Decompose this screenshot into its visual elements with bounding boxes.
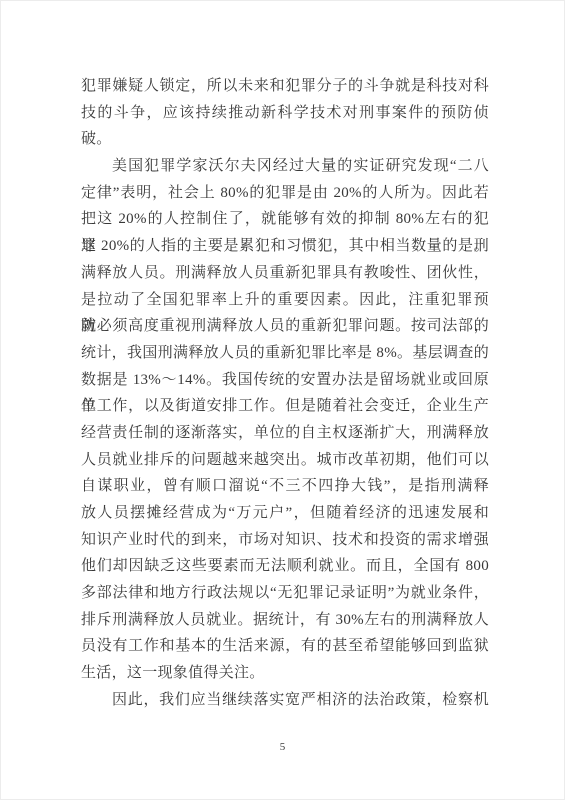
document-body: 犯罪嫌疑人锁定，所以未来和犯罪分子的斗争就是科技对科技的斗争，应该持续推动新科学… [81, 73, 489, 714]
text-line: 位工作，以及街道安排工作。但是随着社会变迁，企业生产 [81, 393, 489, 420]
text-line: 犯罪嫌疑人锁定，所以未来和犯罪分子的斗争就是科技对科 [81, 73, 489, 100]
text-line: 经营责任制的逐渐落实，单位的自主权逐渐扩大，刑满释放 [81, 420, 489, 447]
text-line: 员没有工作和基本的生活来源，有的甚至希望能够回到监狱 [81, 633, 489, 660]
text-line: 知识产业时代的到来，市场对知识、技术和投资的需求增强 [81, 527, 489, 554]
text-line: 美国犯罪学家沃尔夫冈经过大量的实证研究发现“二八 [81, 153, 489, 180]
text-line: 放人员摆摊经营成为“万元户”，但随着经济的迅速发展和 [81, 500, 489, 527]
text-line: 定律”表明，社会上 80%的犯罪是由 20%的人所为。因此若 [81, 180, 489, 207]
text-line: 把这 20%的人控制住了，就能够有效的抑制 80%左右的犯罪。 [81, 206, 489, 233]
text-line: 自谋职业，曾有顺口溜说“不三不四挣大钱”，是指刑满释 [81, 473, 489, 500]
text-line: 他们却因缺乏这些要素而无法顺利就业。而且，全国有 800 [81, 553, 489, 580]
text-line: 数据是 13%～14%。我国传统的安置办法是留场就业或回原单 [81, 367, 489, 394]
text-line: 统计，我国刑满释放人员的重新犯罪比率是 8%。基层调查的 [81, 340, 489, 367]
page-number: 5 [1, 741, 564, 753]
text-line: 因此，我们应当继续落实宽严相济的法治政策，检察机 [81, 687, 489, 714]
text-line: 技的斗争，应该持续推动新科学技术对刑事案件的预防侦 [81, 100, 489, 127]
text-line: 生活，这一现象值得关注。 [81, 660, 489, 687]
text-line: 多部法律和地方行政法规以“无犯罪记录证明”为就业条件， [81, 580, 489, 607]
text-line: 破。 [81, 126, 489, 153]
text-line: 满释放人员。刑满释放人员重新犯罪具有教唆性、团伙性， [81, 260, 489, 287]
text-line: 就必须高度重视刑满释放人员的重新犯罪问题。按司法部的 [81, 313, 489, 340]
text-line: 人员就业排斥的问题越来越突出。城市改革初期，他们可以 [81, 447, 489, 474]
text-line: 这 20%的人指的主要是累犯和习惯犯，其中相当数量的是刑 [81, 233, 489, 260]
document-page: 犯罪嫌疑人锁定，所以未来和犯罪分子的斗争就是科技对科技的斗争，应该持续推动新科学… [0, 0, 565, 800]
text-line: 排斥刑满释放人员就业。据统计，有 30%左右的刑满释放人 [81, 607, 489, 634]
text-line: 是拉动了全国犯罪率上升的重要因素。因此，注重犯罪预防， [81, 287, 489, 314]
